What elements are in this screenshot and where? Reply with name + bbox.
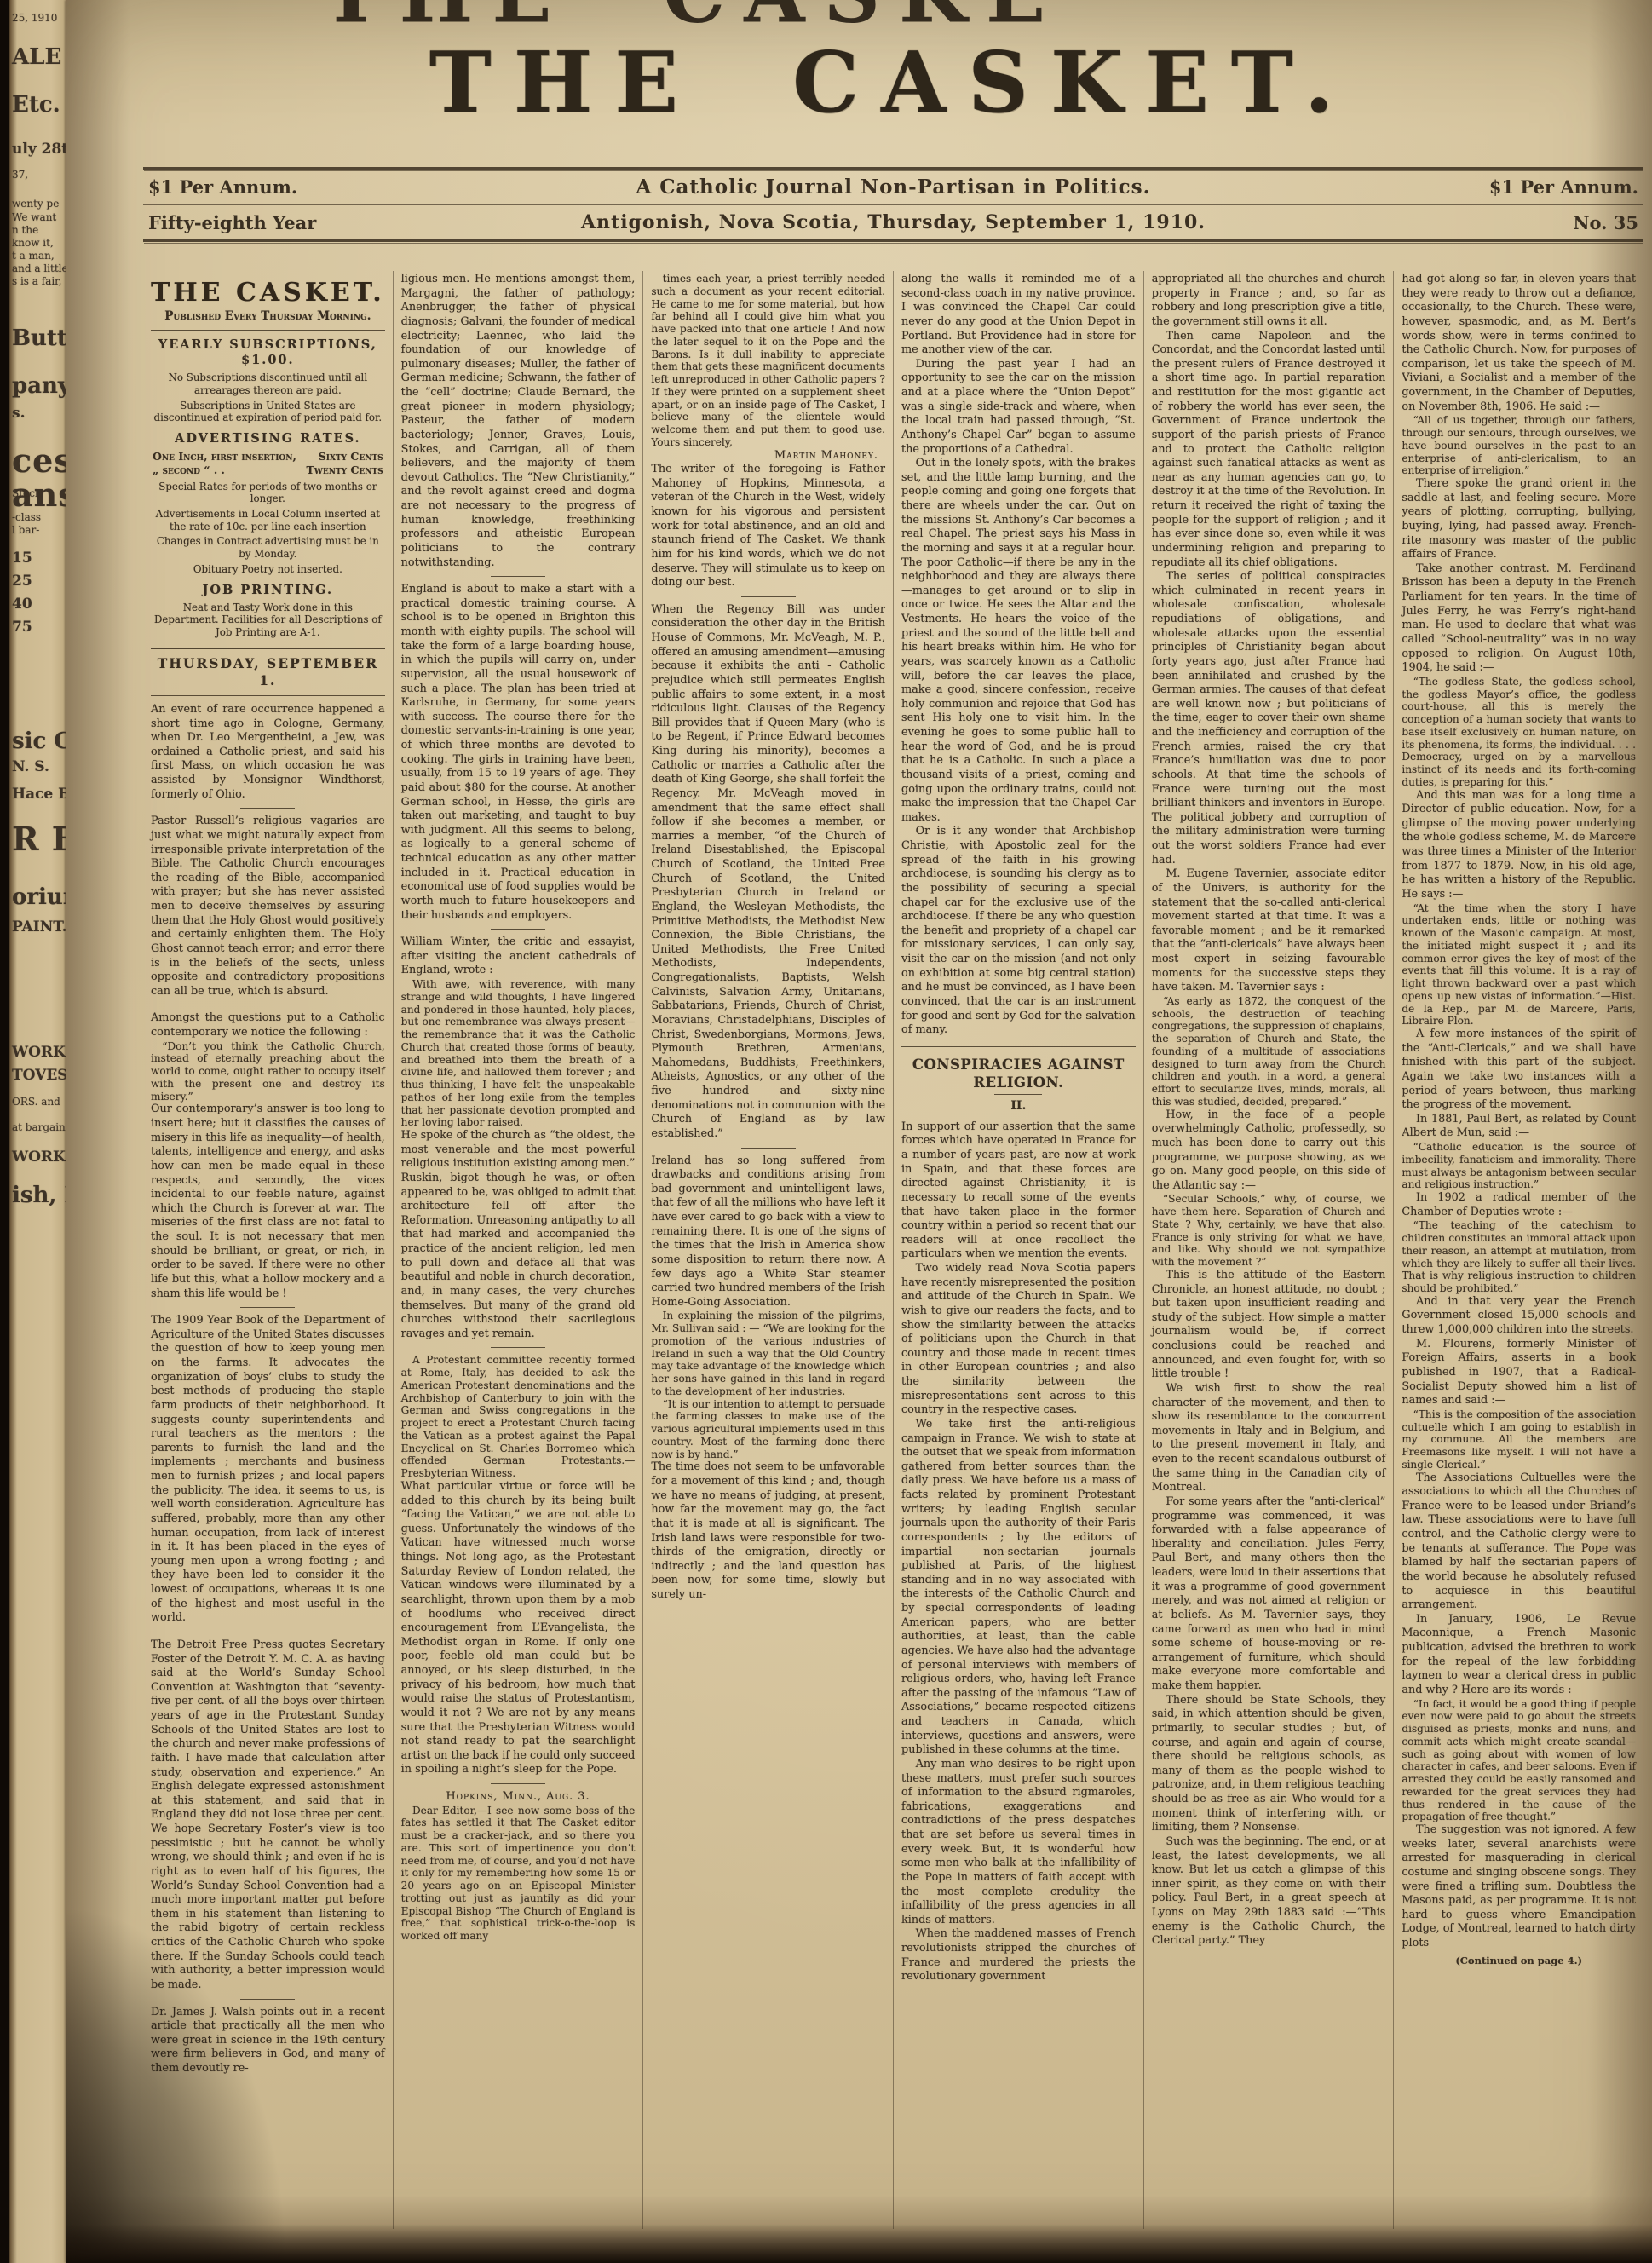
section-divider — [240, 1005, 295, 1005]
paragraph: With awe, with reverence, with many stra… — [401, 978, 636, 1129]
news-column-4: along the walls it reminded me of a seco… — [894, 271, 1144, 2229]
paragraph: “Secular Schools,” why, of course, we ha… — [1152, 1193, 1386, 1269]
paragraph: A Protestant committee recently formed a… — [401, 1354, 636, 1480]
adjacent-page-edge: 25, 1910ALEEtc.uly 28th37,wenty peWe wan… — [0, 0, 73, 2263]
masthead-notice: Obituary Poetry not inserted. — [151, 563, 385, 576]
masthead-section-heading: JOB PRINTING. — [151, 583, 385, 599]
column-masthead-title: THE CASKET. — [151, 276, 385, 309]
paragraph: In support of our assertion that the sam… — [901, 1120, 1136, 1262]
paragraph: The series of political conspiracies whi… — [1152, 570, 1386, 867]
paragraph: The suggestion was not ignored. A few we… — [1402, 1823, 1636, 1951]
edge-text-fragment: wenty pe — [12, 198, 72, 210]
masthead-notice: Changes in Contract advertising must be … — [151, 535, 385, 560]
paragraph: “This is the composition of the associat… — [1402, 1408, 1636, 1471]
paragraph: Dr. James J. Walsh points out in a recen… — [151, 2006, 385, 2076]
issue-number: No. 35 — [1383, 212, 1638, 233]
paragraph: along the walls it reminded me of a seco… — [901, 273, 1136, 358]
scanned-page: 25, 1910ALEEtc.uly 28th37,wenty peWe wan… — [0, 0, 1652, 2263]
paragraph: There should be State Schools, they said… — [1152, 1694, 1386, 1835]
newspaper-page: THECASKE THE CASKET. $1 Per Annum. A Cat… — [66, 0, 1652, 2263]
edge-text-fragment: Hace Bay — [12, 786, 72, 803]
paragraph: There spoke the grand orient in the sadd… — [1402, 477, 1636, 562]
paragraph: During the past year I had an opportunit… — [901, 358, 1136, 457]
paragraph: We take first the anti-religious campaig… — [901, 1418, 1136, 1758]
paragraph: “Don’t you think the Catholic Church, in… — [151, 1040, 385, 1103]
news-column-5: appropriated all the churches and church… — [1144, 271, 1395, 2229]
paragraph: “In fact, it would be a good thing if pe… — [1402, 1698, 1636, 1824]
paragraph: In 1881, Paul Bert, as related by Count … — [1402, 1113, 1636, 1141]
masthead-notice: Special Rates for periods of two months … — [151, 481, 385, 505]
article-heading: CONSPIRACIES AGAINST RELIGION. — [901, 1046, 1136, 1092]
paragraph: The Detroit Free Press quotes Secretary … — [151, 1638, 385, 1993]
paragraph: Any man who desires to be right upon the… — [901, 1758, 1136, 1928]
paragraph: And this man was for a long time a Direc… — [1402, 789, 1636, 902]
edge-text-fragment: -class — [12, 511, 72, 523]
paragraph: A few more instances of the spirit of th… — [1402, 1028, 1636, 1113]
continued-notice: (Continued on page 4.) — [1402, 1955, 1636, 1967]
edge-text-fragment: s. — [12, 405, 72, 422]
edge-text-fragment: 40 — [12, 596, 72, 613]
paragraph: And in that very year the French Governm… — [1402, 1295, 1636, 1338]
edge-text-fragment: 37, — [12, 169, 72, 181]
edge-text-fragment: N. S. — [12, 758, 72, 775]
news-column-6: had got along so far, in eleven years th… — [1394, 271, 1643, 2229]
edge-text-fragment: and a little — [12, 262, 72, 274]
letter-dateline: Hopkins, Minn., Aug. 3. — [401, 1790, 636, 1805]
masthead: THE CASKET. — [140, 34, 1645, 162]
section-divider — [491, 1783, 545, 1784]
paragraph: M. Eugene Tavernier, associate editor of… — [1152, 867, 1386, 995]
paragraph: Dear Editor,—I see now some boss of the … — [401, 1805, 636, 1943]
edge-text-fragment: TOVES. — [12, 1067, 72, 1084]
section-divider — [741, 596, 796, 597]
paragraph: Such was the beginning. The end, or at l… — [1152, 1835, 1386, 1949]
paragraph: “As early as 1872, the conquest of the s… — [1152, 995, 1386, 1108]
section-divider — [240, 1632, 295, 1632]
edge-text-fragment: pany — [12, 373, 72, 399]
edge-text-fragment: WORK. — [12, 1044, 72, 1061]
paragraph: Two widely read Nova Scotia papers have … — [901, 1262, 1136, 1418]
paragraph: In explaining the mission of the pilgrim… — [651, 1310, 885, 1397]
masthead-section-heading: YEARLY SUBSCRIPTIONS, $1.00. — [151, 337, 385, 370]
rate-label: „ second “ . . — [153, 464, 225, 477]
edge-text-fragment: Butter — [12, 325, 72, 351]
paragraph: “It is our intention to attempt to persu… — [651, 1398, 885, 1461]
edge-text-fragment: 15 — [12, 550, 72, 567]
header-bar: $1 Per Annum. A Catholic Journal Non-Par… — [143, 167, 1643, 242]
edge-text-fragment: uly 28th — [12, 141, 72, 158]
published-line: Published Every Thursday Morning. — [151, 309, 385, 331]
paragraph: Amongst the questions put to a Catholic … — [151, 1011, 385, 1039]
paragraph: In 1902 a radical member of the Chamber … — [1402, 1191, 1636, 1219]
edge-text-fragment: R B — [12, 820, 72, 858]
edge-text-fragment: WORK — [12, 1149, 72, 1166]
signature: Martin Mahoney. — [651, 449, 885, 464]
edge-text-fragment: ces — [12, 441, 72, 480]
rate-line: „ second “ . .Twenty Cents — [151, 464, 385, 477]
cutoff-letters: THE — [322, 0, 571, 37]
edge-text-fragment: ORS. and — [12, 1096, 72, 1108]
section-divider — [741, 1148, 796, 1149]
rate-label: One Inch, first insertion, — [153, 450, 296, 464]
paragraph: When the maddened masses of French revol… — [901, 1927, 1136, 1984]
paragraph: appropriated all the churches and church… — [1152, 273, 1386, 330]
paragraph: William Winter, the critic and essayist,… — [401, 936, 636, 978]
masthead-notice: No Subscriptions discontinued until all … — [151, 371, 385, 396]
paragraph: “At the time when the story I have under… — [1402, 902, 1636, 1028]
masthead-notice: Subscriptions in United States are disco… — [151, 400, 385, 424]
masthead-notice: Neat and Tasty Work done in this Departm… — [151, 602, 385, 639]
news-column-3: times each year, a priest terribly neede… — [643, 271, 894, 2229]
paragraph: England is about to make a start with a … — [401, 583, 636, 923]
edge-text-fragment: Stock — [12, 487, 72, 499]
edge-text-fragment: sic Co. — [12, 728, 72, 754]
section-divider — [491, 1347, 545, 1348]
article-part-number: II. — [901, 1094, 1136, 1114]
paragraph: When the Regency Bill was under consider… — [651, 603, 885, 1142]
edition-date-heading: THURSDAY, SEPTEMBER 1. — [151, 648, 385, 696]
motto: A Catholic Journal Non-Partisan in Polit… — [404, 176, 1383, 199]
edge-text-fragment: s is a fair, — [12, 275, 72, 287]
paragraph: The writer of the foregoing is Father Ma… — [651, 463, 885, 590]
header-row-1: $1 Per Annum. A Catholic Journal Non-Par… — [143, 170, 1643, 204]
section-divider — [240, 808, 295, 809]
edge-text-fragment: PAINT. — [12, 918, 72, 936]
cutoff-masthead-fragment: THECASKE — [220, 0, 1498, 37]
paragraph: The 1909 Year Book of the Department of … — [151, 1314, 385, 1626]
paragraph: ligious men. He mentions amongst them, M… — [401, 273, 636, 570]
paragraph: In January, 1906, Le Revue Maconnique, a… — [1402, 1613, 1636, 1698]
price-right: $1 Per Annum. — [1383, 176, 1638, 198]
paragraph: Or is it any wonder that Archbishop Chri… — [901, 825, 1136, 1037]
paragraph: M. Flourens, formerly Minister of Foreig… — [1402, 1338, 1636, 1408]
paragraph: Pastor Russell’s religious vagaries are … — [151, 815, 385, 999]
paragraph: Ireland has so long suffered from drawba… — [651, 1155, 885, 1310]
paragraph: Then came Napoleon and the Concordat, an… — [1152, 330, 1386, 571]
rate-line: One Inch, first insertion,Sixty Cents — [151, 450, 385, 464]
header-row-2: Fifty-eighth Year Antigonish, Nova Scoti… — [143, 205, 1643, 239]
newspaper-title: THE CASKET. — [429, 34, 1356, 132]
paragraph: For some years after the “anti-clerical”… — [1152, 1495, 1386, 1694]
cutoff-letters: CASKE — [663, 0, 1064, 37]
rate-value: Sixty Cents — [319, 450, 383, 464]
section-divider — [491, 576, 545, 577]
masthead-notice: Advertisements in Local Column inserted … — [151, 508, 385, 533]
paragraph: We wish first to show the real character… — [1152, 1382, 1386, 1495]
volume-year: Fifty-eighth Year — [148, 212, 404, 233]
edge-text-fragment: n the — [12, 224, 72, 236]
news-column-2: ligious men. He mentions amongst them, M… — [394, 271, 644, 2229]
paragraph: Take another contrast. M. Ferdinand Bris… — [1402, 562, 1636, 676]
edge-text-fragment: ish, N. — [12, 1183, 72, 1208]
masthead-section-heading: ADVERTISING RATES. — [151, 431, 385, 447]
edge-text-fragment: know it, — [12, 237, 72, 249]
paragraph: The time does not seem to be unfavorable… — [651, 1460, 885, 1602]
price-left: $1 Per Annum. — [148, 176, 404, 198]
news-column-1: THE CASKET.Published Every Thursday Morn… — [143, 271, 394, 2229]
paragraph: times each year, a priest terribly neede… — [651, 273, 885, 449]
paragraph: “All of us together, through our fathers… — [1402, 414, 1636, 477]
edge-text-fragment: at bargain — [12, 1121, 72, 1133]
paragraph: How, in the face of a people overwhelmin… — [1152, 1108, 1386, 1194]
edge-text-fragment: l bar- — [12, 524, 72, 536]
rate-value: Twenty Cents — [306, 464, 383, 477]
paragraph: He spoke of the church as “the oldest, t… — [401, 1129, 636, 1341]
paragraph: What particular virtue or force will be … — [401, 1480, 636, 1777]
rule — [143, 239, 1643, 242]
section-divider — [240, 1999, 295, 2000]
section-divider — [240, 1307, 295, 1308]
column-area: THE CASKET.Published Every Thursday Morn… — [143, 271, 1643, 2229]
edge-text-fragment: 75 — [12, 619, 72, 636]
edge-text-fragment: t a man, — [12, 250, 72, 262]
paragraph: This is the attitude of the Eastern Chro… — [1152, 1269, 1386, 1382]
paragraph: Our contemporary’s answer is too long to… — [151, 1103, 385, 1301]
paragraph: The Associations Cultuelles were the ass… — [1402, 1471, 1636, 1613]
paragraph: “Catholic education is the source of imb… — [1402, 1141, 1636, 1191]
edge-text-fragment: 25, 1910 — [12, 12, 72, 24]
paragraph: An event of rare occurrence happened a s… — [151, 703, 385, 802]
paragraph: had got along so far, in eleven years th… — [1402, 273, 1636, 414]
edge-text-fragment: ALE — [12, 44, 72, 70]
paragraph: Out in the lonely spots, with the brakes… — [901, 457, 1136, 825]
dateline: Antigonish, Nova Scotia, Thursday, Septe… — [404, 211, 1383, 233]
paragraph: “The godless State, the godless school, … — [1402, 676, 1636, 789]
section-divider — [491, 929, 545, 930]
newspaper-scan: { "masthead": { "cut_fragments": ["THE",… — [0, 0, 1652, 2263]
edge-text-fragment: orium — [12, 884, 72, 910]
edge-text-fragment: 25 — [12, 573, 72, 590]
edge-text-fragment: Etc. — [12, 92, 72, 118]
paragraph: “The teaching of the catechism to childr… — [1402, 1219, 1636, 1295]
edge-text-fragment: We want — [12, 211, 72, 223]
